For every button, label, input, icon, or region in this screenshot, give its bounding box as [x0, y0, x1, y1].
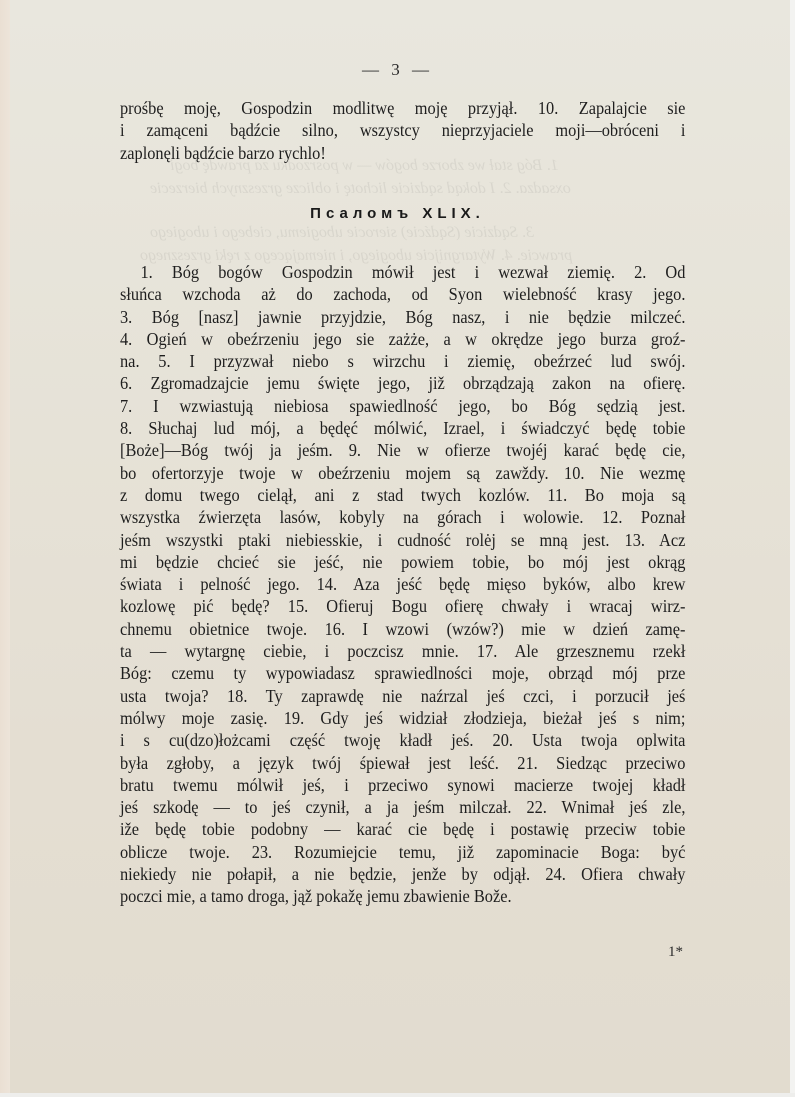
- text-line: wszystka źwierzęta lasów, kobyly na góra…: [120, 506, 685, 528]
- text-line: i s cu(dzo)łożcami część twoję kładł jeś…: [120, 729, 685, 751]
- text-line: 1. Bóg bogów Gospodzin mówił jest i wezw…: [120, 261, 685, 283]
- text-line: oblicze twoje. 23. Rozumiejcie temu, již…: [120, 841, 685, 863]
- text-line: chnemu obietnice twoje. 16. I wzowi (wzó…: [120, 618, 685, 640]
- text-line: jeśm wszystki ptaki niebiesskie, i cudno…: [120, 529, 685, 551]
- text-line: z domu twego cielął, ani z stad twych ko…: [120, 484, 685, 506]
- intro-paragraph: prośbę moję, Gospodzin modlitwę moję prz…: [120, 97, 646, 164]
- text-line: bratu twemu mólwił jeś, i przeciwo synow…: [120, 774, 685, 796]
- text-line: mi będzie chcieć sie jeść, nie powiem to…: [120, 551, 685, 573]
- text-line: Bóg: czemu ty wypowiadasz sprawiedlności…: [120, 662, 685, 684]
- text-line: i zamąceni bądźcie silno, wszystcy niepr…: [120, 119, 685, 141]
- text-line: słuńca wzchoda aż do zachoda, od Syon wi…: [120, 283, 685, 305]
- text-line: jeś szkodę — to jeś czynił, a ja jeśm mi…: [120, 796, 685, 818]
- text-line: poczci mie, a tamo droga, jąž pokažę jem…: [120, 885, 685, 907]
- text-line: [Boże]—Bóg twój ja jeśm. 9. Nie w ofierz…: [120, 439, 685, 461]
- text-line: bo ofertorzyje twoje w obeźrzeniu mojem …: [120, 462, 685, 484]
- page-number: — 3 —: [0, 60, 795, 80]
- text-line: iže będę tobie podobny — karać cie będę …: [120, 818, 685, 840]
- page-right-edge: [790, 0, 795, 1097]
- text-line: 6. Zgromadzajcie jemu święte jego, již o…: [120, 372, 685, 394]
- text-line: zaplonęli bądźcie barzo rychlo!: [120, 142, 685, 164]
- text-line: kozlowę pić będę? 15. Ofieruj Bogu ofier…: [120, 595, 685, 617]
- text-line: ta — wytargnę ciebie, i poczcisz mnie. 1…: [120, 640, 685, 662]
- text-line: prośbę moję, Gospodzin modlitwę moję prz…: [120, 97, 685, 119]
- text-line: 7. I wzwiastują niebiosa spawiedlność je…: [120, 395, 685, 417]
- printer-signature-mark: 1*: [668, 944, 683, 961]
- text-line: mólwy moje zasię. 19. Gdy jeś widział zł…: [120, 707, 685, 729]
- text-line: 4. Ogień w obeźrzeniu jego sie zażże, a …: [120, 328, 685, 350]
- text-line: świata i pelność jego. 14. Aza jeść będę…: [120, 573, 685, 595]
- text-line: usta twoja? 18. Ty zaprawdę nie naźrzal …: [120, 685, 685, 707]
- text-line: była zgłoby, a język twój śpiewał jest l…: [120, 752, 685, 774]
- psalm-heading: Псаломъ XLIX.: [0, 205, 795, 222]
- text-line: niekiedy nie połapił, a nie będzie, jenž…: [120, 863, 685, 885]
- text-line: 3. Bóg [nasz] jawnie przyjdzie, Bóg nasz…: [120, 306, 685, 328]
- text-line: 8. Słuchaj lud mój, a będęć mólwić, Izra…: [120, 417, 685, 439]
- text-line: na. 5. I przyzwał niebo s wirzchu i ziem…: [120, 350, 685, 372]
- page-bottom-edge: [0, 1093, 795, 1097]
- page-left-edge: [0, 0, 10, 1097]
- psalm-paragraph: 1. Bóg bogów Gospodzin mówił jest i wezw…: [120, 261, 646, 908]
